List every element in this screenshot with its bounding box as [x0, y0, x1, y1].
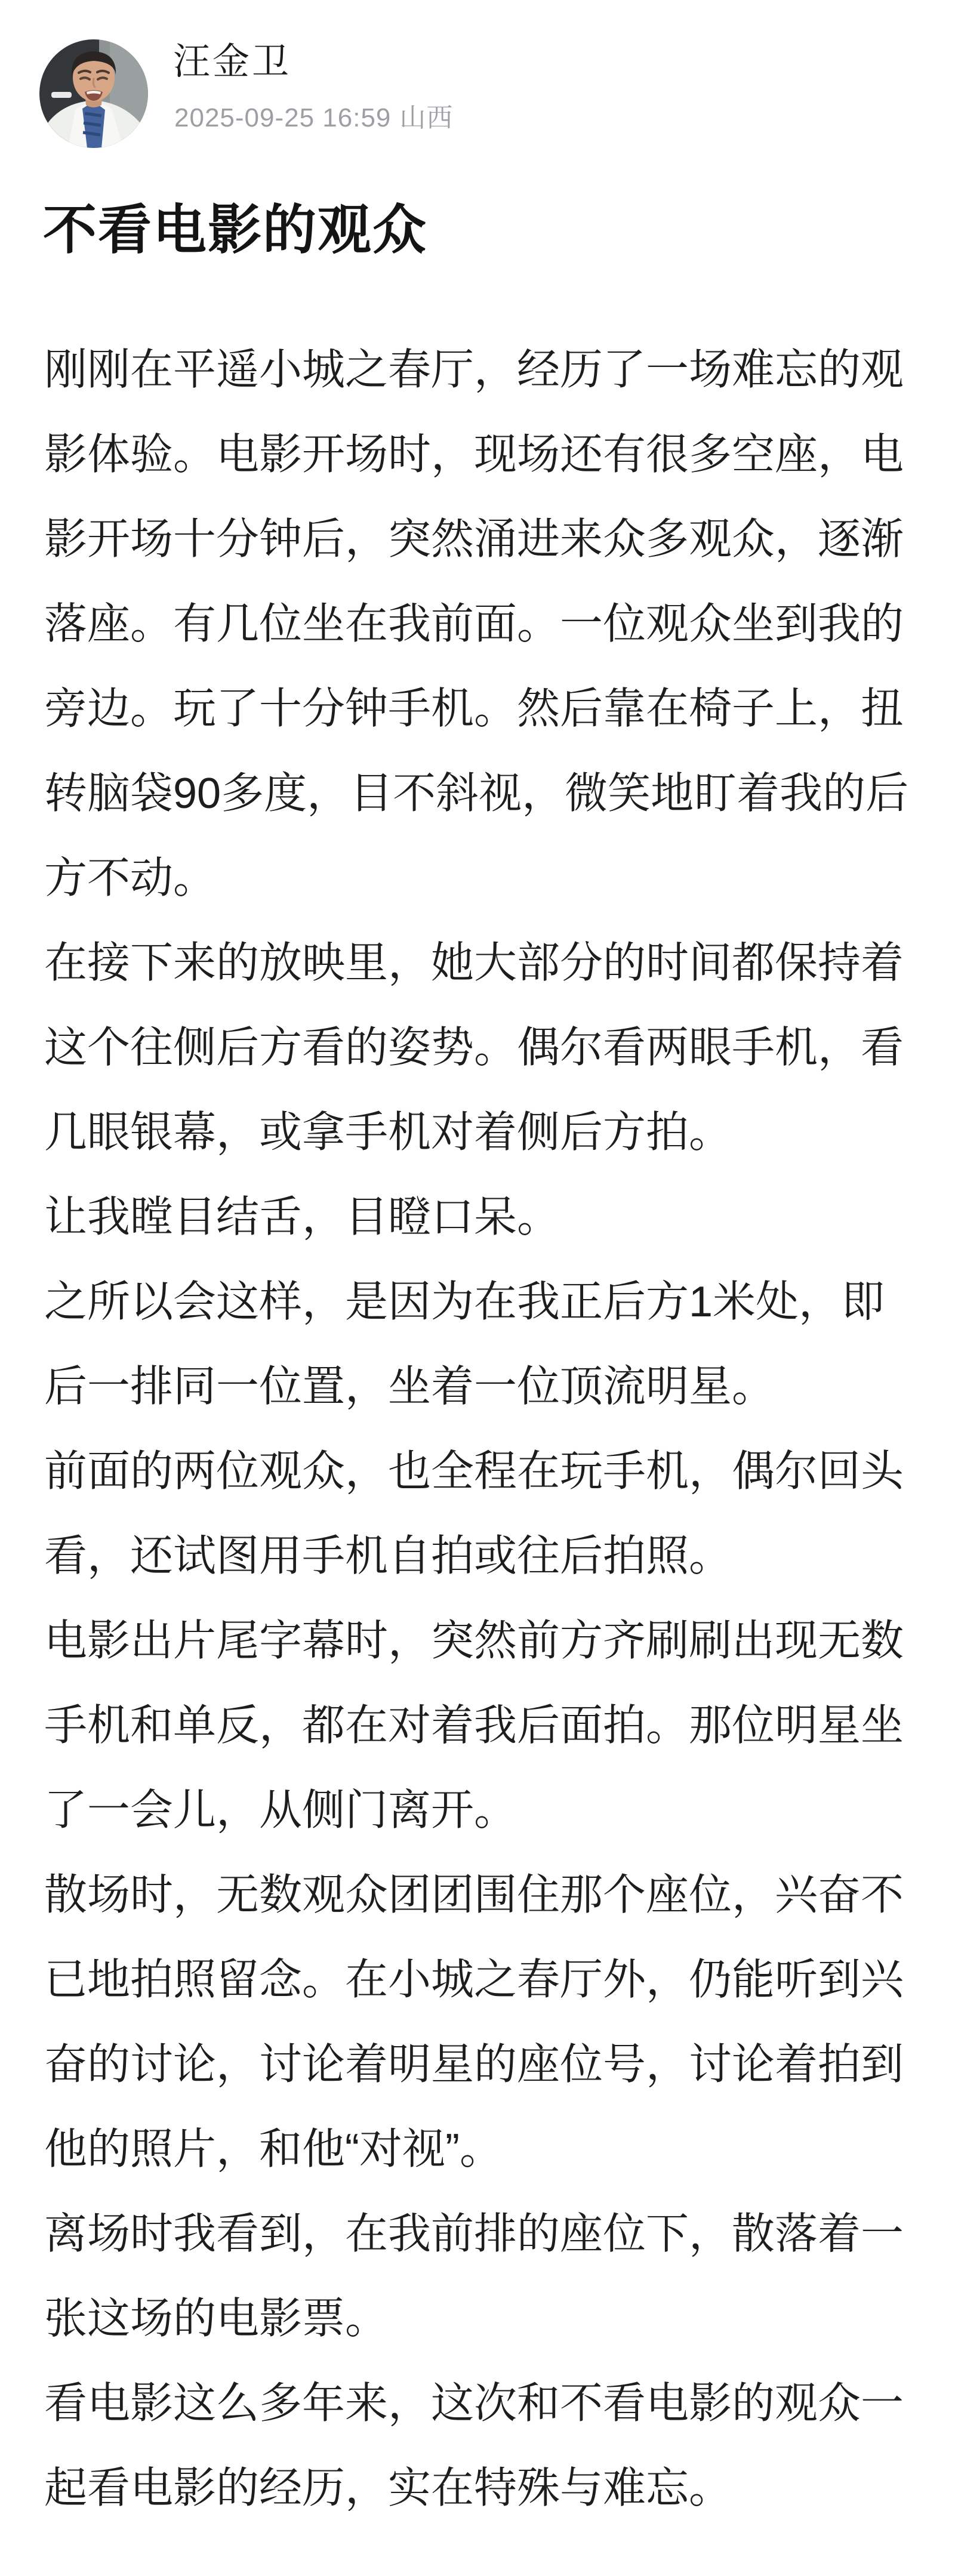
- post-body: 刚刚在平遥小城之春厅，经历了一场难忘的观影体验。电影开场时，现场还有很多空座，电…: [0, 328, 955, 2531]
- avatar[interactable]: [39, 39, 148, 148]
- post-paragraph: 让我瞠目结舌，目瞪口呆。: [44, 1175, 911, 1260]
- timestamp: 2025-09-25 16:59: [174, 103, 391, 132]
- post-paragraph: 在接下来的放映里，她大部分的时间都保持着这个往侧后方看的姿势。偶尔看两眼手机，看…: [44, 921, 911, 1175]
- post-paragraph: 电影出片尾字幕时，突然前方齐刷刷出现无数手机和单反，都在对着我后面拍。那位明星坐…: [44, 1599, 911, 1853]
- post-meta: 2025-09-25 16:59山西: [174, 104, 453, 132]
- location-label: 山西: [399, 103, 453, 132]
- post-paragraph: 前面的两位观众，也全程在玩手机，偶尔回头看，还试图用手机自拍或往后拍照。: [44, 1429, 911, 1599]
- post-paragraph: 散场时，无数观众团团围住那个座位，兴奋不已地拍照留念。在小城之春厅外，仍能听到兴…: [44, 1853, 911, 2192]
- post-paragraph: 刚刚在平遥小城之春厅，经历了一场难忘的观影体验。电影开场时，现场还有很多空座，电…: [44, 328, 911, 921]
- post-title: 不看电影的观众: [43, 200, 912, 261]
- post-page: { "header": { "username": "汪金卫", "timest…: [0, 0, 955, 2576]
- post-paragraph: 离场时我看到，在我前排的座位下，散落着一张这场的电影票。: [44, 2192, 911, 2361]
- post-paragraph: 看电影这么多年来，这次和不看电影的观众一起看电影的经历，实在特殊与难忘。: [44, 2361, 911, 2531]
- post-header: 汪金卫 2025-09-25 16:59山西: [0, 0, 955, 149]
- post-paragraph: 之所以会这样，是因为在我正后方1米处，即后一排同一位置，坐着一位顶流明星。: [44, 1260, 911, 1429]
- avatar-image: [39, 39, 148, 148]
- username[interactable]: 汪金卫: [173, 42, 291, 82]
